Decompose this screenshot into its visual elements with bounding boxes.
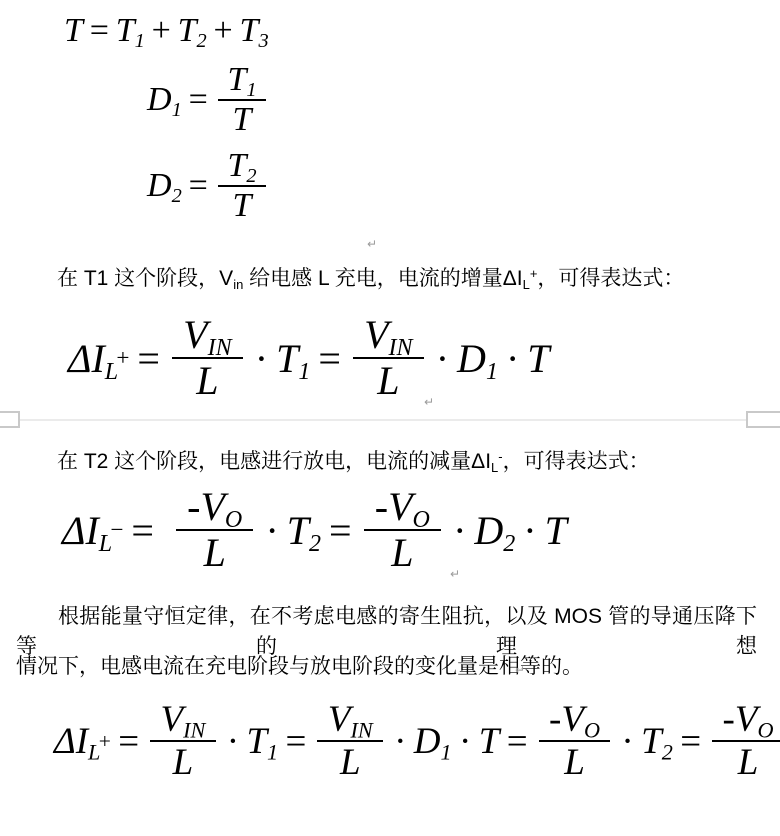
paragraph-mark: ↵	[624, 266, 634, 278]
page-break-left-box	[0, 411, 20, 428]
paragraph-mark: ↵	[450, 568, 460, 580]
page-break-line	[0, 419, 780, 421]
para-t1-phase: 在 T1 这个阶段，Vin 给电感 L 充电，电流的增量ΔIL+，可得表达式：	[57, 260, 684, 299]
formula-delta-il-discharge: ΔIL−= -VOL·T2=-VOL·D2·T	[62, 488, 567, 572]
document-page[interactable]: T=T1+T2+T3 D1=T1T D2=T2T ↵ 在 T1 这个阶段，Vin…	[0, 0, 780, 836]
para-energy-conservation-line2: 情况下，电感电流在充电阶段与放电阶段的变化量是相等的。	[16, 652, 757, 682]
para-t2-phase: 在 T2 这个阶段，电感进行放电，电流的减量ΔIL-，可得表达式：	[57, 443, 650, 482]
paragraph-mark: ↵	[596, 449, 606, 461]
paragraph-mark: ↵	[515, 664, 525, 676]
paragraph-mark: ↵	[424, 396, 434, 408]
paragraph-mark: ↵	[367, 238, 377, 250]
page-break-right-box	[746, 411, 780, 428]
formula-duty-d1: D1=T1T	[147, 64, 269, 137]
formula-duty-d2: D2=T2T	[147, 150, 269, 223]
formula-period-sum: T=T1+T2+T3	[64, 12, 269, 50]
formula-delta-il-charge: ΔIL+=VINL·T1=VINL·D1·T	[68, 316, 550, 400]
formula-energy-balance: ΔIL+=VINL·T1=VINL·D1·T=-VOL·T2=-VOL·D2·T	[54, 702, 780, 780]
